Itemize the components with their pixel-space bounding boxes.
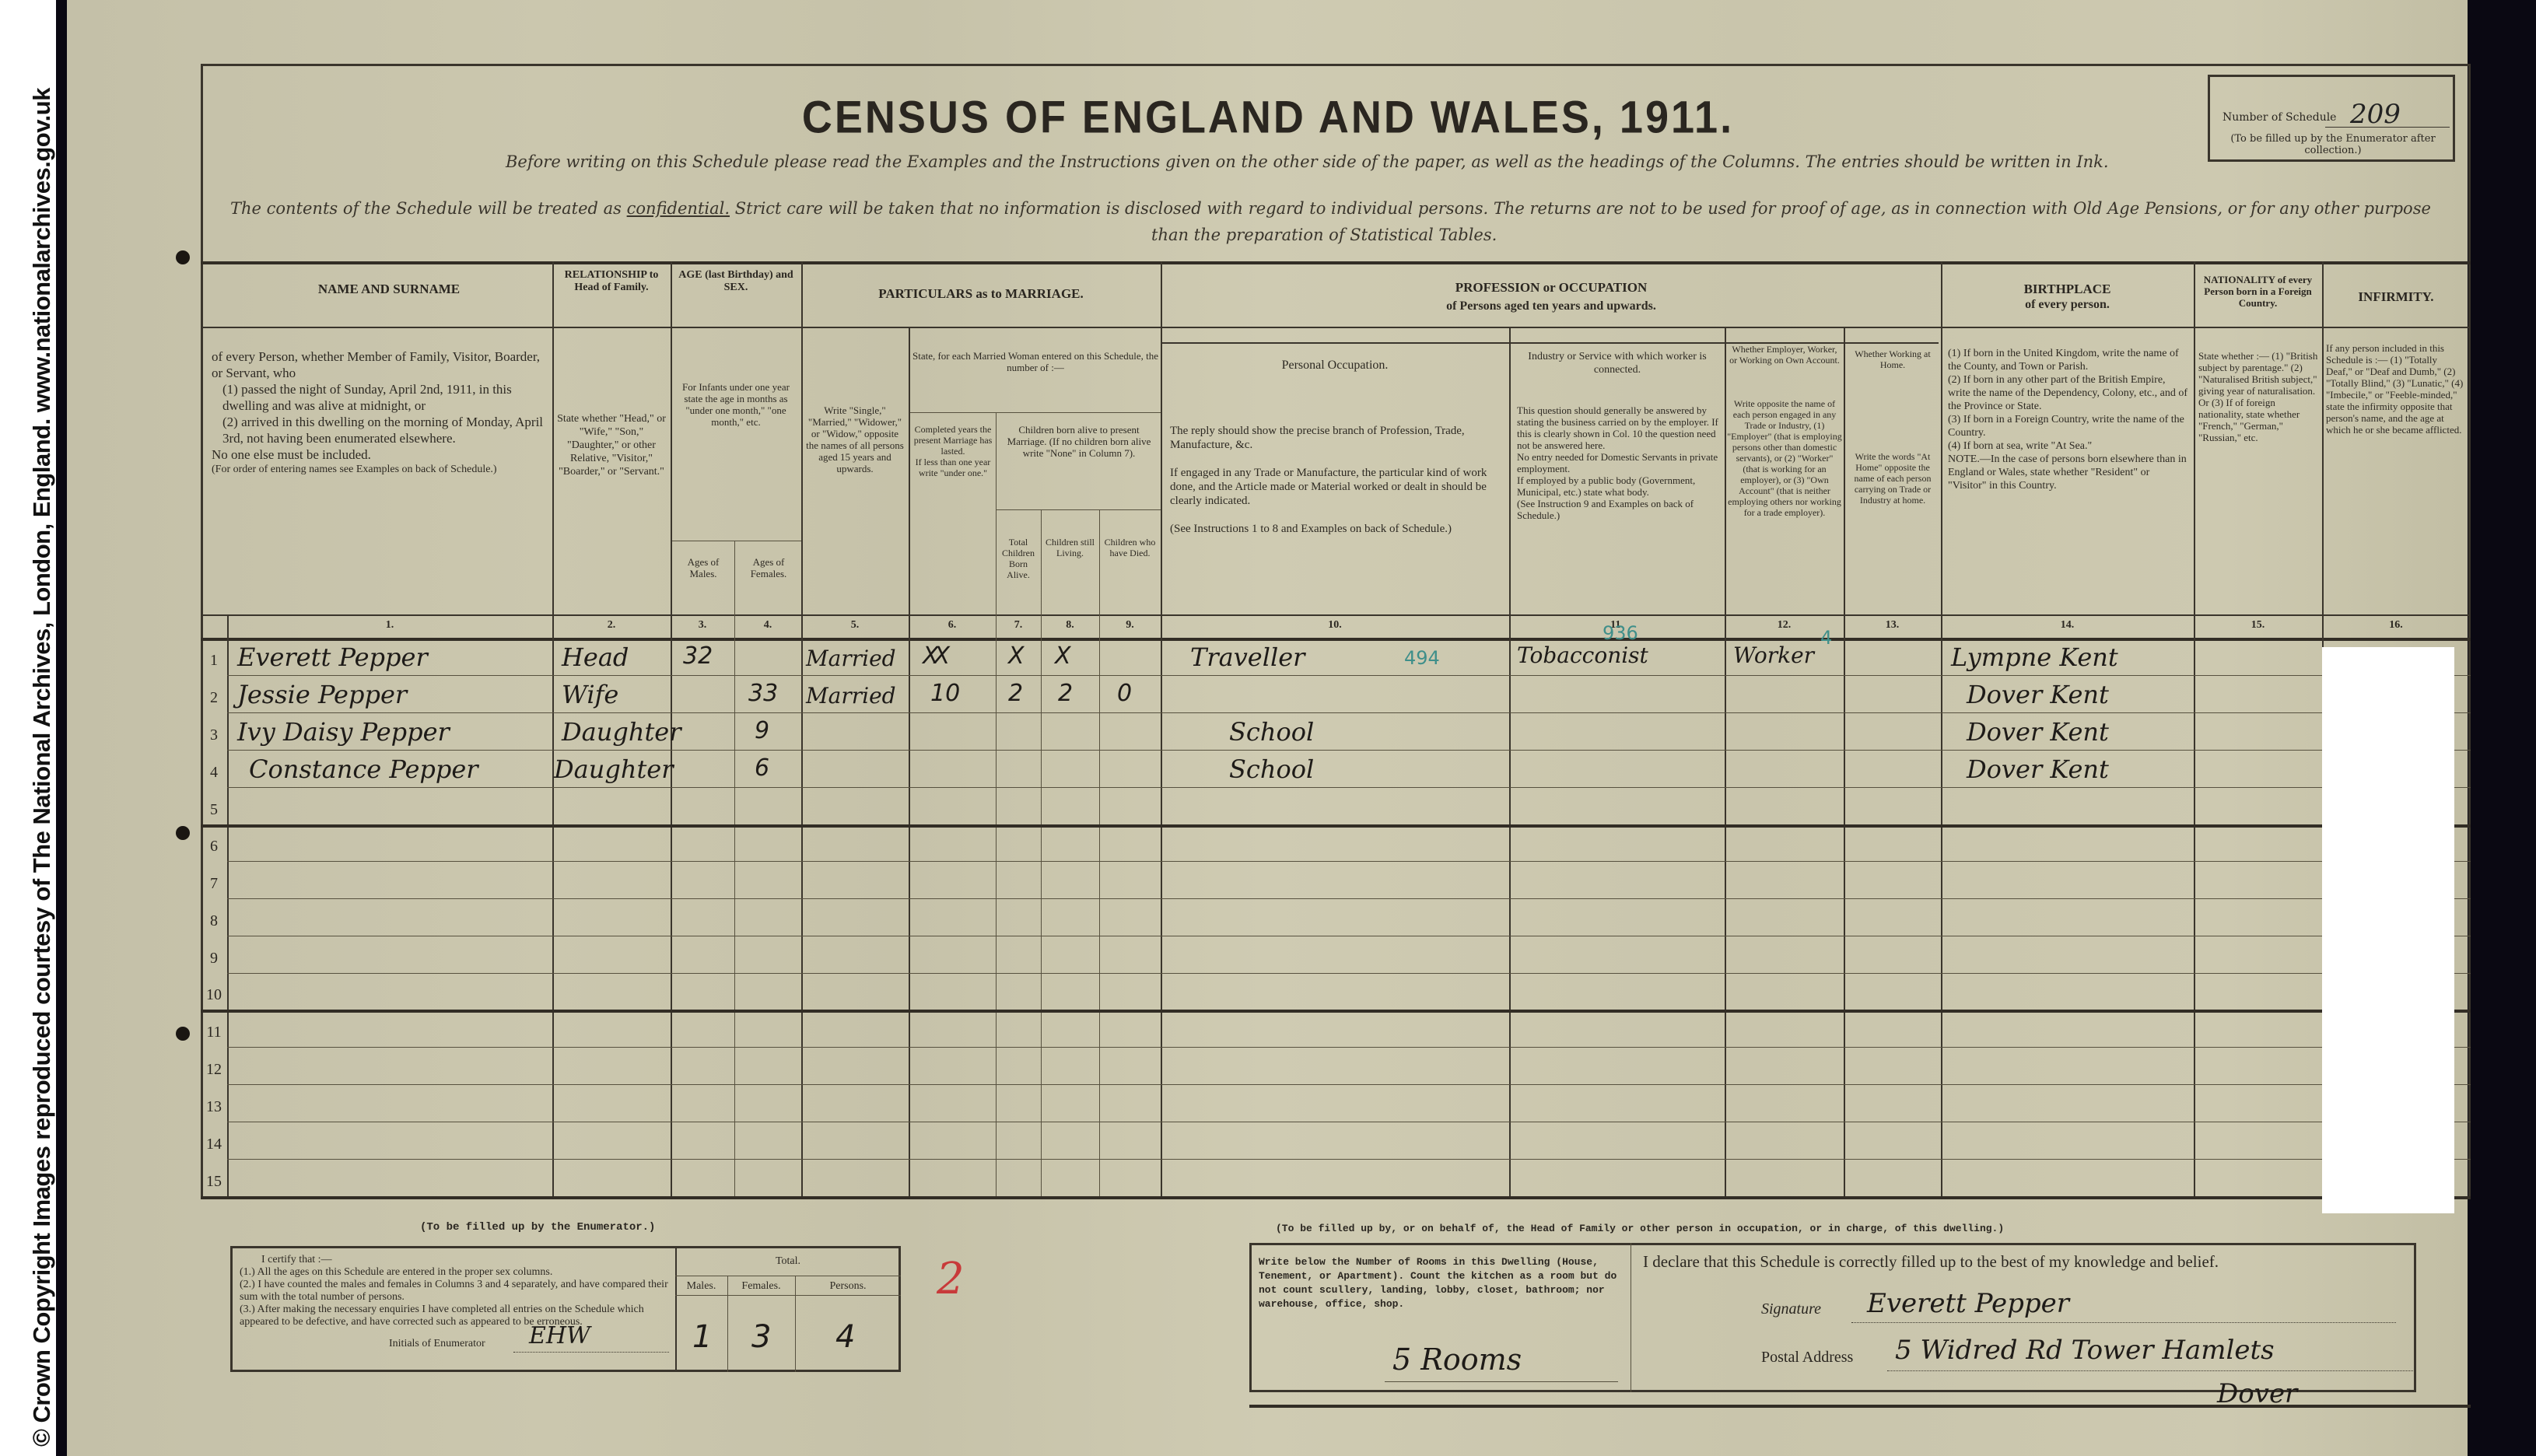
header-occupation-sub: of Persons aged ten years and upwards. (1162, 299, 1940, 313)
column-number: 15. (2194, 619, 2322, 632)
industry-label: Industry or Service with which worker is… (1514, 350, 1721, 376)
row-number: 11 (201, 1024, 227, 1041)
intro-instructions: Before writing on this Schedule please r… (506, 152, 2109, 171)
row-rule (227, 973, 2471, 974)
row-number: 15 (201, 1173, 227, 1191)
person-birthplace: Dover Kent (1967, 717, 2109, 747)
row-rule (227, 936, 2471, 936)
punch-hole (176, 250, 190, 264)
person-name: Constance Pepper (249, 754, 478, 784)
row-number: 3 (201, 726, 227, 744)
row-number: 6 (201, 838, 227, 856)
nationality-instructions: State whether :— (1) "British subject by… (2198, 350, 2320, 443)
col-line (1941, 261, 1942, 1199)
header-name: NAME AND SURNAME (233, 282, 545, 296)
col-line (2194, 261, 2195, 1199)
copyright-notice: © Crown Copyright Images reproduced cour… (28, 124, 56, 1447)
header-divider (201, 327, 2471, 328)
schedule-number-box: Number of Schedule 209 (To be filled up … (2208, 75, 2455, 162)
person-children-total: X (1008, 642, 1025, 670)
col-line (1725, 327, 1726, 1199)
person-years-married: 10 (930, 680, 960, 707)
working-at-home-label: Whether Working at Home. (1846, 348, 1939, 370)
table-top-rule (201, 261, 2471, 264)
header-birthplace: BIRTHPLACE (1942, 282, 2192, 296)
row-rule (227, 675, 2471, 676)
person-birthplace: Dover Kent (1967, 680, 2109, 709)
signature-line (1851, 1322, 2396, 1323)
col-line (801, 261, 803, 1199)
table-bottom-rule (201, 1196, 2471, 1199)
totals-rule (675, 1295, 901, 1296)
column-number: 13. (1844, 619, 1941, 632)
person-age-female: 6 (755, 754, 769, 782)
header-nationality: NATIONALITY of every Person born in a Fo… (2195, 274, 2321, 309)
header-occupation: PROFESSION or OCCUPATION (1162, 280, 1940, 295)
col-line (1844, 327, 1845, 1199)
bottom-rule (1249, 1405, 2471, 1408)
red-annotation: 2 (937, 1254, 965, 1304)
person-relationship: Daughter (554, 754, 674, 784)
row-rule (227, 712, 2471, 713)
person-marital-status: Married (806, 646, 896, 671)
person-employment-status: Worker (1733, 642, 1814, 668)
age-males-label: Ages of Males. (674, 556, 733, 579)
completed-years-label: Completed years the present Marriage has… (912, 424, 994, 478)
total-children-label: Total Children Born Alive. (997, 537, 1039, 580)
row-rule (227, 1047, 2471, 1048)
row-number: 13 (201, 1098, 227, 1116)
col-line (1099, 509, 1100, 1199)
employment-code: 4 (1820, 627, 1832, 649)
column-number: 5. (801, 619, 909, 632)
person-age-male: 32 (683, 642, 713, 670)
females-label: Females. (727, 1280, 795, 1293)
total-males: 1 (692, 1319, 712, 1355)
postal-address-line1: 5 Widred Rd Tower Hamlets (1895, 1335, 2275, 1366)
column-number: 9. (1099, 619, 1161, 632)
industry-code: 936 (1603, 622, 1638, 644)
row-rule-thick (201, 1010, 2471, 1013)
birthplace-instructions: (1) If born in the United Kingdom, write… (1948, 347, 2189, 492)
person-children-living: X (1055, 642, 1071, 670)
column-number: 10. (1161, 619, 1509, 632)
enumerator-initials-label: Initials of Enumerator (389, 1338, 485, 1350)
column-number: 1. (227, 619, 552, 632)
column-number: 8. (1041, 619, 1099, 632)
age-females-label: Ages of Females. (737, 556, 800, 579)
person-years-married: XX (923, 642, 945, 670)
punch-hole (176, 1027, 190, 1041)
rooms-instructions: Write below the Number of Rooms in this … (1259, 1255, 1624, 1311)
children-died-label: Children who have Died. (1101, 537, 1159, 558)
person-marital-status: Married (806, 683, 896, 709)
address-line (1887, 1370, 2416, 1371)
person-occupation: School (1229, 754, 1314, 784)
name-instructions: of every Person, whether Member of Famil… (212, 348, 546, 476)
enumerator-certification: I certify that :— (1.) All the ages on t… (240, 1254, 675, 1328)
children-sub-rule (996, 509, 1161, 510)
page-title: CENSUS OF ENGLAND AND WALES, 1911. (778, 92, 1758, 144)
col-line (1041, 509, 1042, 1199)
person-birthplace: Lympne Kent (1951, 642, 2118, 672)
punch-hole (176, 826, 190, 840)
infirmity-instructions: If any person included in this Schedule … (2326, 342, 2466, 436)
row-number: 8 (201, 912, 227, 930)
column-number: 16. (2322, 619, 2470, 632)
person-relationship: Daughter (562, 717, 681, 747)
householder-signature: Everett Pepper (1867, 1288, 2069, 1319)
postal-address-label: Postal Address (1761, 1349, 1853, 1367)
schedule-number-value: 209 (2350, 99, 2401, 130)
row-rule (227, 787, 2471, 788)
number-of-rooms: 5 Rooms (1392, 1342, 1522, 1377)
copyright-strip: © Crown Copyright Images reproduced cour… (0, 0, 56, 1456)
relationship-instructions: State whether "Head," or "Wife," "Son," … (555, 412, 667, 478)
industry-instructions: This question should generally be answer… (1517, 404, 1719, 521)
header-age: AGE (last Birthday) and SEX. (672, 269, 800, 294)
rooms-divider (1631, 1243, 1631, 1392)
person-occupation: Traveller (1190, 642, 1305, 672)
persons-label: Persons. (795, 1280, 901, 1293)
working-at-home-instructions: Write the words "At Home" opposite the n… (1846, 451, 1939, 506)
person-name: Everett Pepper (237, 642, 428, 672)
row-number: 10 (201, 986, 227, 1004)
marriage-state-instructions: State, for each Married Woman entered on… (912, 350, 1159, 373)
declaration-text: I declare that this Schedule is correctl… (1643, 1252, 2219, 1272)
header-marriage: PARTICULARS as to MARRIAGE. (803, 286, 1159, 301)
enumerator-heading: (To be filled up by the Enumerator.) (420, 1221, 655, 1234)
intro-statistical: than the preparation of Statistical Tabl… (1151, 226, 1497, 244)
row-rule (227, 1122, 2471, 1122)
person-children-died: 0 (1117, 680, 1132, 707)
row-number: 14 (201, 1136, 227, 1153)
personal-occupation-label: Personal Occupation. (1167, 358, 1503, 373)
signature-label: Signature (1761, 1300, 1821, 1318)
col-line (734, 541, 735, 1199)
total-persons: 4 (835, 1319, 855, 1355)
marriage-sub-rule (909, 412, 1161, 413)
person-occupation: School (1229, 717, 1314, 747)
header-relationship: RELATIONSHIP to Head of Family. (554, 269, 669, 294)
rooms-underline (1385, 1381, 1618, 1382)
row-number: 2 (201, 689, 227, 707)
person-name: Ivy Daisy Pepper (237, 717, 450, 747)
row-number: 12 (201, 1061, 227, 1079)
row-rule (227, 750, 2471, 751)
header-birthplace-sub: of every person. (1942, 297, 2192, 312)
column-number: 2. (552, 619, 671, 632)
males-label: Males. (675, 1280, 727, 1293)
person-relationship: Head (562, 642, 629, 672)
row-number: 5 (201, 801, 227, 819)
age-sub-rule (671, 541, 801, 541)
employer-instructions: Write opposite the name of each person e… (1727, 398, 1842, 518)
row-number: 7 (201, 875, 227, 893)
enumerator-initials-line (513, 1352, 669, 1353)
intro-confidential: The contents of the Schedule will be tre… (230, 199, 2431, 218)
col-line (996, 412, 997, 1199)
person-name: Jessie Pepper (237, 680, 407, 709)
schedule-number-label: Number of Schedule (2223, 111, 2336, 124)
person-age-female: 9 (755, 717, 769, 744)
person-age-female: 33 (748, 680, 778, 707)
row-number: 4 (201, 764, 227, 782)
col-line (1161, 261, 1162, 1199)
person-children-total: 2 (1008, 680, 1023, 707)
schedule-number-note: (To be filled up by the Enumerator after… (2216, 133, 2450, 156)
occupation-code: 494 (1404, 647, 1440, 669)
person-children-living: 2 (1058, 680, 1073, 707)
column-numbers-rule (201, 638, 2471, 641)
person-industry: Tobacconist (1517, 642, 1648, 668)
marriage-write-instructions: Write "Single," "Married," "Widower," or… (804, 404, 905, 474)
householder-heading: (To be filled up by, or on behalf of, th… (1276, 1223, 2004, 1234)
row-number: 9 (201, 950, 227, 968)
column-number: 6. (909, 619, 996, 632)
column-number: 3. (671, 619, 734, 632)
totals-label: Total. (675, 1255, 901, 1268)
rownum-col-line (227, 614, 229, 1199)
col-line (552, 261, 554, 1199)
instructions-bottom-rule (201, 614, 2471, 616)
row-rule (227, 861, 2471, 862)
header-infirmity: INFIRMITY. (2324, 289, 2468, 304)
total-females: 3 (751, 1319, 771, 1355)
row-rule (227, 1084, 2471, 1085)
row-rule (227, 898, 2471, 899)
redaction-box (2322, 647, 2454, 1213)
personal-occupation-instructions: The reply should show the precise branch… (1170, 424, 1500, 536)
employer-label: Whether Employer, Worker, or Working on … (1727, 344, 1842, 366)
age-instructions: For Infants under one year state the age… (674, 381, 798, 428)
person-birthplace: Dover Kent (1967, 754, 2109, 784)
totals-rule (675, 1276, 901, 1276)
row-number: 1 (201, 652, 227, 670)
children-living-label: Children still Living. (1042, 537, 1098, 558)
column-number: 7. (996, 619, 1041, 632)
col-line (1509, 327, 1511, 1199)
col-line (909, 327, 910, 1199)
column-number: 4. (734, 619, 801, 632)
row-rule (227, 1159, 2471, 1160)
children-label: Children born alive to present Marriage.… (999, 424, 1159, 459)
row-rule-thick (201, 824, 2471, 828)
enumerator-initials: EHW (529, 1322, 590, 1349)
column-number: 14. (1941, 619, 2194, 632)
person-relationship: Wife (562, 680, 618, 709)
